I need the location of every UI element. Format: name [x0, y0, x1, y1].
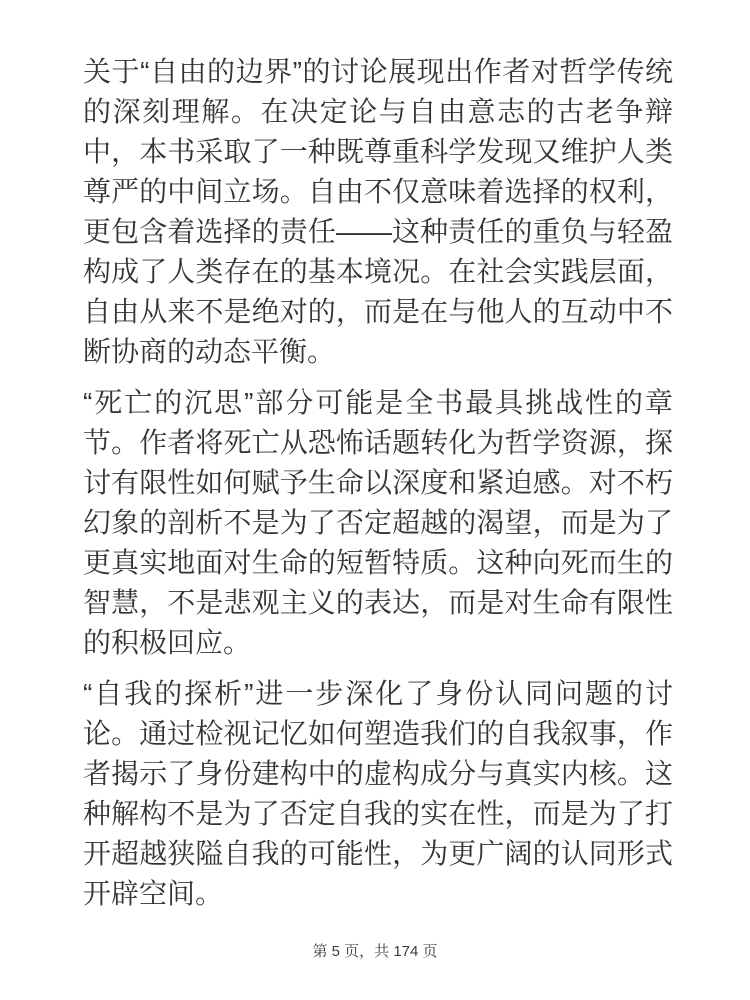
paragraph-death-meditation: “死亡的沉思”部分可能是全书最具挑战性的章节。作者将死亡从恐怖话题转化为哲学资源…: [83, 383, 673, 663]
document-body: 关于“自由的边界”的讨论展现出作者对哲学传统的深刻理解。在决定论与自由意志的古老…: [83, 52, 673, 925]
page-number-footer: 第 5 页，共 174 页: [0, 941, 750, 963]
paragraph-freedom-boundary: 关于“自由的边界”的讨论展现出作者对哲学传统的深刻理解。在决定论与自由意志的古老…: [83, 52, 673, 372]
paragraph-self-exploration: “自我的探析”进一步深化了身份认同问题的讨论。通过检视记忆如何塑造我们的自我叙事…: [83, 674, 673, 914]
document-page: 关于“自由的边界”的讨论展现出作者对哲学传统的深刻理解。在决定论与自由意志的古老…: [0, 0, 750, 1000]
